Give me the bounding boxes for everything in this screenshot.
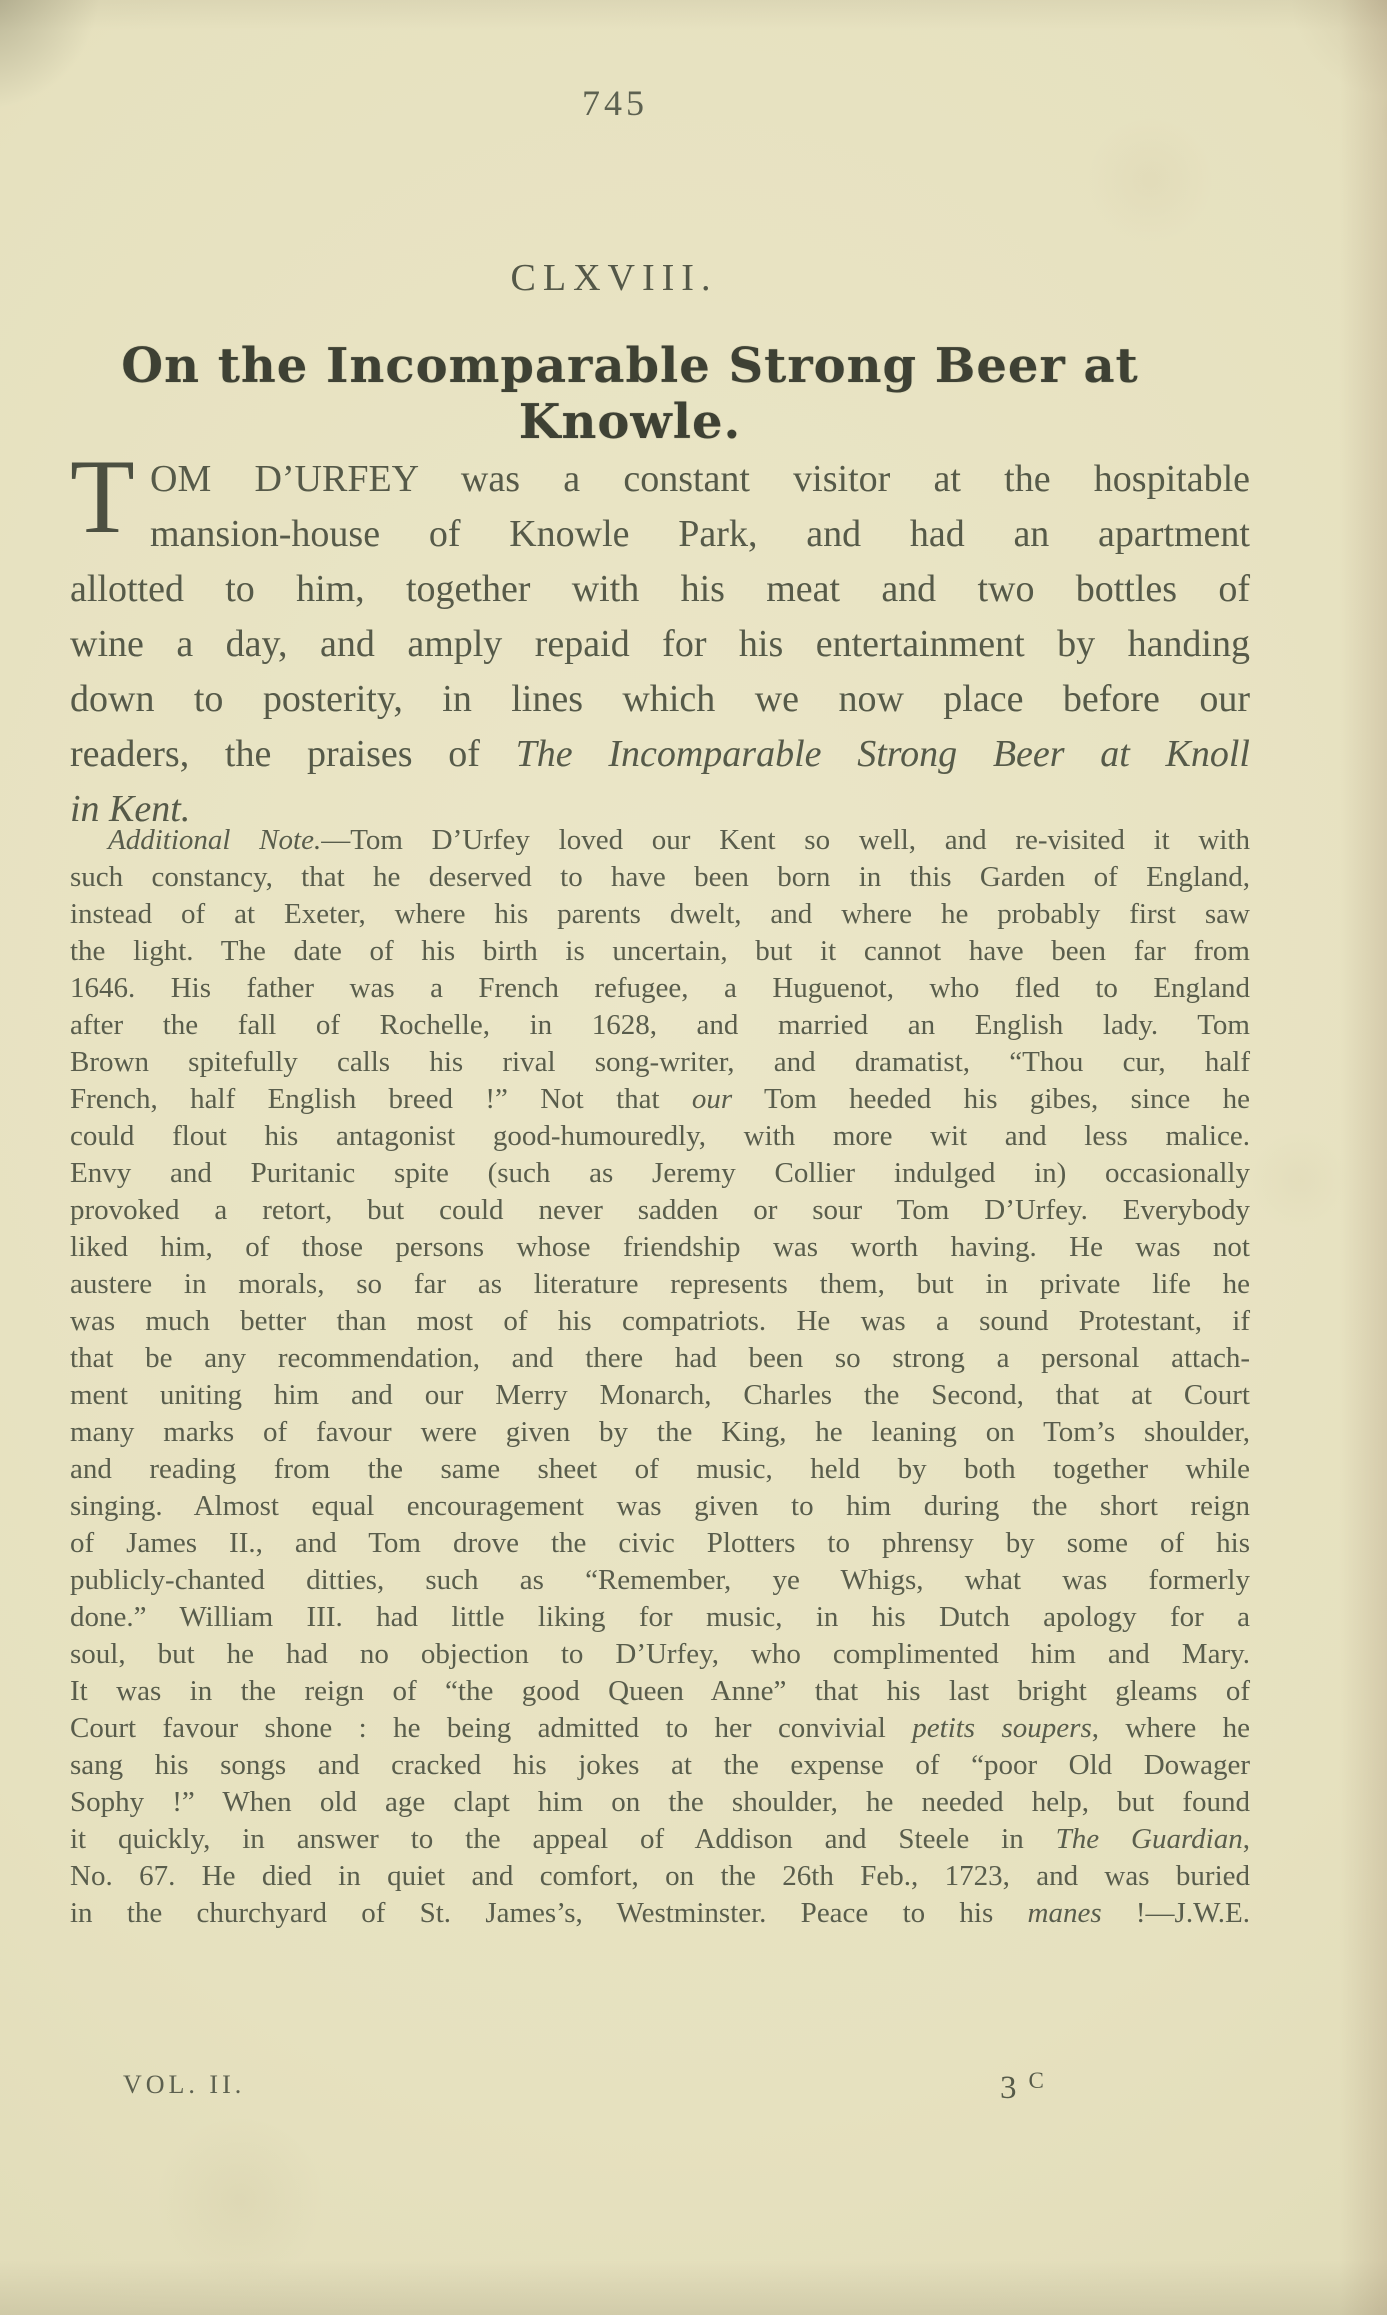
text-line: mansion-house of Knowle Park, and had an…: [70, 507, 1250, 562]
section-title: On the Incomparable Strong Beer at Knowl…: [40, 338, 1220, 450]
text-line: 1646. His father was a French refugee, a…: [70, 970, 1250, 1007]
text-line: Envy and Puritanic spite (such as Jeremy…: [70, 1155, 1250, 1192]
text-line: was much better than most of his compatr…: [70, 1303, 1250, 1340]
printers-signature: 3C: [1000, 2068, 1045, 2107]
text-line: publicly-chanted ditties, such as “Remem…: [70, 1562, 1250, 1599]
text-line: It was in the reign of “the good Queen A…: [70, 1673, 1250, 1710]
opening-paragraph: OM D’URFEY was a constant visitor at the…: [70, 452, 1250, 837]
text-line: readers, the praises of The Incomparable…: [70, 727, 1250, 782]
text-line: the light. The date of his birth is unce…: [70, 933, 1250, 970]
text-line: No. 67. He died in quiet and comfort, on…: [70, 1858, 1250, 1895]
text-line: Brown spitefully calls his rival song-wr…: [70, 1044, 1250, 1081]
text-line: of James II., and Tom drove the civic Pl…: [70, 1525, 1250, 1562]
text-line: instead of at Exeter, where his parents …: [70, 896, 1250, 933]
text-line: singing. Almost equal encouragement was …: [70, 1488, 1250, 1525]
text-line: provoked a retort, but could never sadde…: [70, 1192, 1250, 1229]
text-line: such constancy, that he deserved to have…: [70, 859, 1250, 896]
text-line: wine a day, and amply repaid for his ent…: [70, 617, 1250, 672]
text-line: OM D’URFEY was a constant visitor at the…: [70, 452, 1250, 507]
text-line: that be any recommendation, and there ha…: [70, 1340, 1250, 1377]
scanned-book-page: 745 CLXVIII. On the Incomparable Strong …: [0, 0, 1387, 2315]
text-line: Court favour shone : he being admitted t…: [70, 1710, 1250, 1747]
text-line: it quickly, in answer to the appeal of A…: [70, 1821, 1250, 1858]
text-line: ment uniting him and our Merry Monarch, …: [70, 1377, 1250, 1414]
text-line: done.” William III. had little liking fo…: [70, 1599, 1250, 1636]
signature-letter: C: [1029, 2068, 1045, 2093]
chapter-heading: CLXVIII.: [0, 256, 1228, 300]
text-line: liked him, of those persons whose friend…: [70, 1229, 1250, 1266]
text-line: many marks of favour were given by the K…: [70, 1414, 1250, 1451]
text-line: Sophy !” When old age clapt him on the s…: [70, 1784, 1250, 1821]
text-line: in the churchyard of St. James’s, Westmi…: [70, 1895, 1250, 1932]
text-line: sang his songs and cracked his jokes at …: [70, 1747, 1250, 1784]
text-line: Additional Note.—Tom D’Urfey loved our K…: [70, 822, 1250, 859]
text-line: austere in morals, so far as literature …: [70, 1266, 1250, 1303]
text-line: and reading from the same sheet of music…: [70, 1451, 1250, 1488]
page-number: 745: [0, 82, 1230, 124]
text-line: allotted to him, together with his meat …: [70, 562, 1250, 617]
text-line: after the fall of Rochelle, in 1628, and…: [70, 1007, 1250, 1044]
additional-note: Additional Note.—Tom D’Urfey loved our K…: [70, 822, 1250, 1932]
text-line: down to posterity, in lines which we now…: [70, 672, 1250, 727]
text-line: French, half English breed !” Not that o…: [70, 1081, 1250, 1118]
footer-volume: VOL. II.: [123, 2070, 245, 2100]
signature-number: 3: [1000, 2070, 1017, 2106]
text-line: could flout his antagonist good-humoured…: [70, 1118, 1250, 1155]
text-line: soul, but he had no objection to D’Urfey…: [70, 1636, 1250, 1673]
